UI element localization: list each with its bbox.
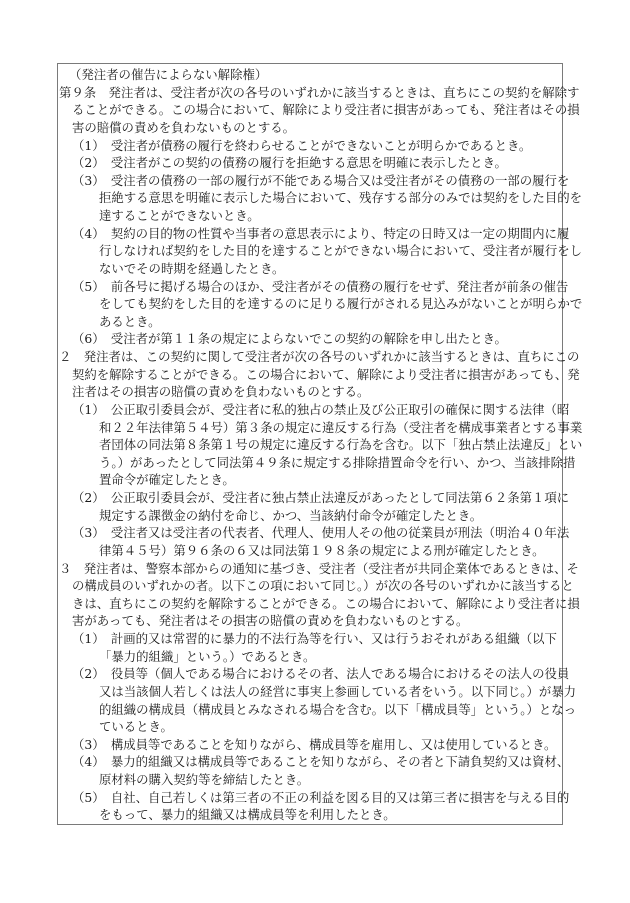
document-line: （3） 受注者の債務の一部の履行が不能である場合又は受注者がその債務の一部の履行…: [72, 172, 569, 190]
document-line: 注者はその損害の賠償の責めを負わないものとする。: [72, 383, 369, 401]
document-line: （1） 受注者が債務の履行を終わらせることができないことが明らかであるとき。: [72, 137, 531, 155]
document-line: 行しなければ契約をした目的を達することができない場合において、受注者が履行をし: [99, 242, 582, 260]
document-line: 第９条 発注者は、受注者が次の各号のいずれかに該当するときは、直ちにこの契約を解…: [59, 84, 579, 102]
document-line: をしても契約をした目的を達するのに足りる履行がされる見込みがないことが明らかで: [99, 295, 582, 313]
document-line: （2） 役員等（個人である場合におけるその者、法人である場合におけるその法人の役…: [72, 665, 569, 683]
document-line: （1） 計画的又は常習的に暴力的不法行為等を行い、又は行うおそれがある組織（以下: [72, 630, 557, 648]
document-line: （4） 暴力的組織又は構成員等であることを知りながら、その者と下請負契約又は資材…: [72, 753, 569, 771]
document-line: 「暴力的組織」という。）であるとき。: [99, 648, 315, 666]
document-line: 和２２年法律第５４号）第３条の規定に違反する行為（受注者を構成事業者とする事業: [99, 419, 582, 437]
document-line: 律第４５号）第９６条の６又は同法第１９８条の規定による刑が確定したとき。: [99, 542, 545, 560]
document-line: （3） 構成員等であることを知りながら、構成員等を雇用し、又は使用しているとき。: [72, 736, 556, 754]
document-line: ないでその時期を経過したとき。: [99, 260, 284, 278]
document-line: （4） 契約の目的物の性質や当事者の意思表示により、特定の日時又は一定の期間内に…: [72, 225, 569, 243]
document-line: の構成員のいずれかの者。以下この項において同じ。）が次の各号のいずれかに該当する…: [72, 577, 574, 595]
document-line: （発注者の催告によらない解除権）: [69, 66, 267, 84]
document-line: 規定する課徴金の納付を命じ、かつ、当該納付命令が確定したとき。: [99, 507, 482, 525]
clause-frame: （発注者の催告によらない解除権）第９条 発注者は、受注者が次の各号のいずれかに該…: [57, 63, 563, 825]
document-line: 契約を解除することができる。この場合において、解除により受注者に損害があっても、…: [72, 366, 580, 384]
document-line: 者団体の同法第８条第１号の規定に違反する行為を含む。以下「独占禁止法違反」とい: [99, 436, 582, 454]
document-line: 害があっても、発注者はその損害の賠償の責めを負わないものとする。: [72, 612, 468, 630]
document-line: あるとき。: [99, 313, 160, 331]
document-line: 原材料の購入契約等を締結したとき。: [99, 771, 309, 789]
document-line: をもって、暴力的組織又は構成員等を利用したとき。: [99, 806, 396, 824]
document-line: 害の賠償の責めを負わないものとする。: [72, 119, 295, 137]
document-line: 又は当該個人若しくは法人の経営に事実上参画している者をいう。以下同じ。）が暴力: [99, 683, 576, 701]
document-line: ２ 発注者は、この契約に関して受注者が次の各号のいずれかに該当するときは、直ちに…: [59, 348, 579, 366]
document-line: （1） 公正取引委員会が、受注者に私的独占の禁止及び公正取引の確保に関する法律（…: [72, 401, 569, 419]
document-line: （2） 受注者がこの契約の債務の履行を拒絶する意思を明確に表示したとき。: [72, 154, 507, 172]
document-line: （6） 受注者が第１１条の規定によらないでこの契約の解除を申し出たとき。: [72, 330, 507, 348]
document-line: （2） 公正取引委員会が、受注者に独占禁止法違反があったとして同法第６２条第１項…: [72, 489, 569, 507]
document-line: きは、直ちにこの契約を解除することができる。この場合において、解除により受注者に…: [72, 595, 580, 613]
document-line: ることができる。この場合において、解除により受注者に損害があっても、発注者はその…: [72, 101, 580, 119]
document-line: 拒絶する意思を明確に表示した場合において、残存する部分のみでは契約をした目的を: [99, 189, 582, 207]
document-line: 達することができないとき。: [99, 207, 260, 225]
document-line: 置命令が確定したとき。: [99, 471, 235, 489]
document-line: （5） 前各号に掲げる場合のほか、受注者がその債務の履行をせず、発注者が前条の催…: [72, 278, 568, 296]
document-line: 的組織の構成員（構成員とみなされる場合を含む。以下「構成員等」という。）となっ: [99, 701, 576, 719]
document-line: （5） 自社、自己若しくは第三者の不正の利益を図る目的又は第三者に損害を与える目…: [72, 789, 569, 807]
document-line: （3） 受注者又は受注者の代表者、代理人、使用人その他の従業員が刑法（明治４０年…: [72, 524, 569, 542]
document-line: ているとき。: [99, 718, 173, 736]
document-line: う。）があったとして同法第４９条に規定する排除措置命令を行い、かつ、当該排除措: [99, 454, 575, 472]
document-line: ３ 発注者は、警察本部からの通知に基づき、受注者（受注者が共同企業体であるときは…: [59, 560, 579, 578]
